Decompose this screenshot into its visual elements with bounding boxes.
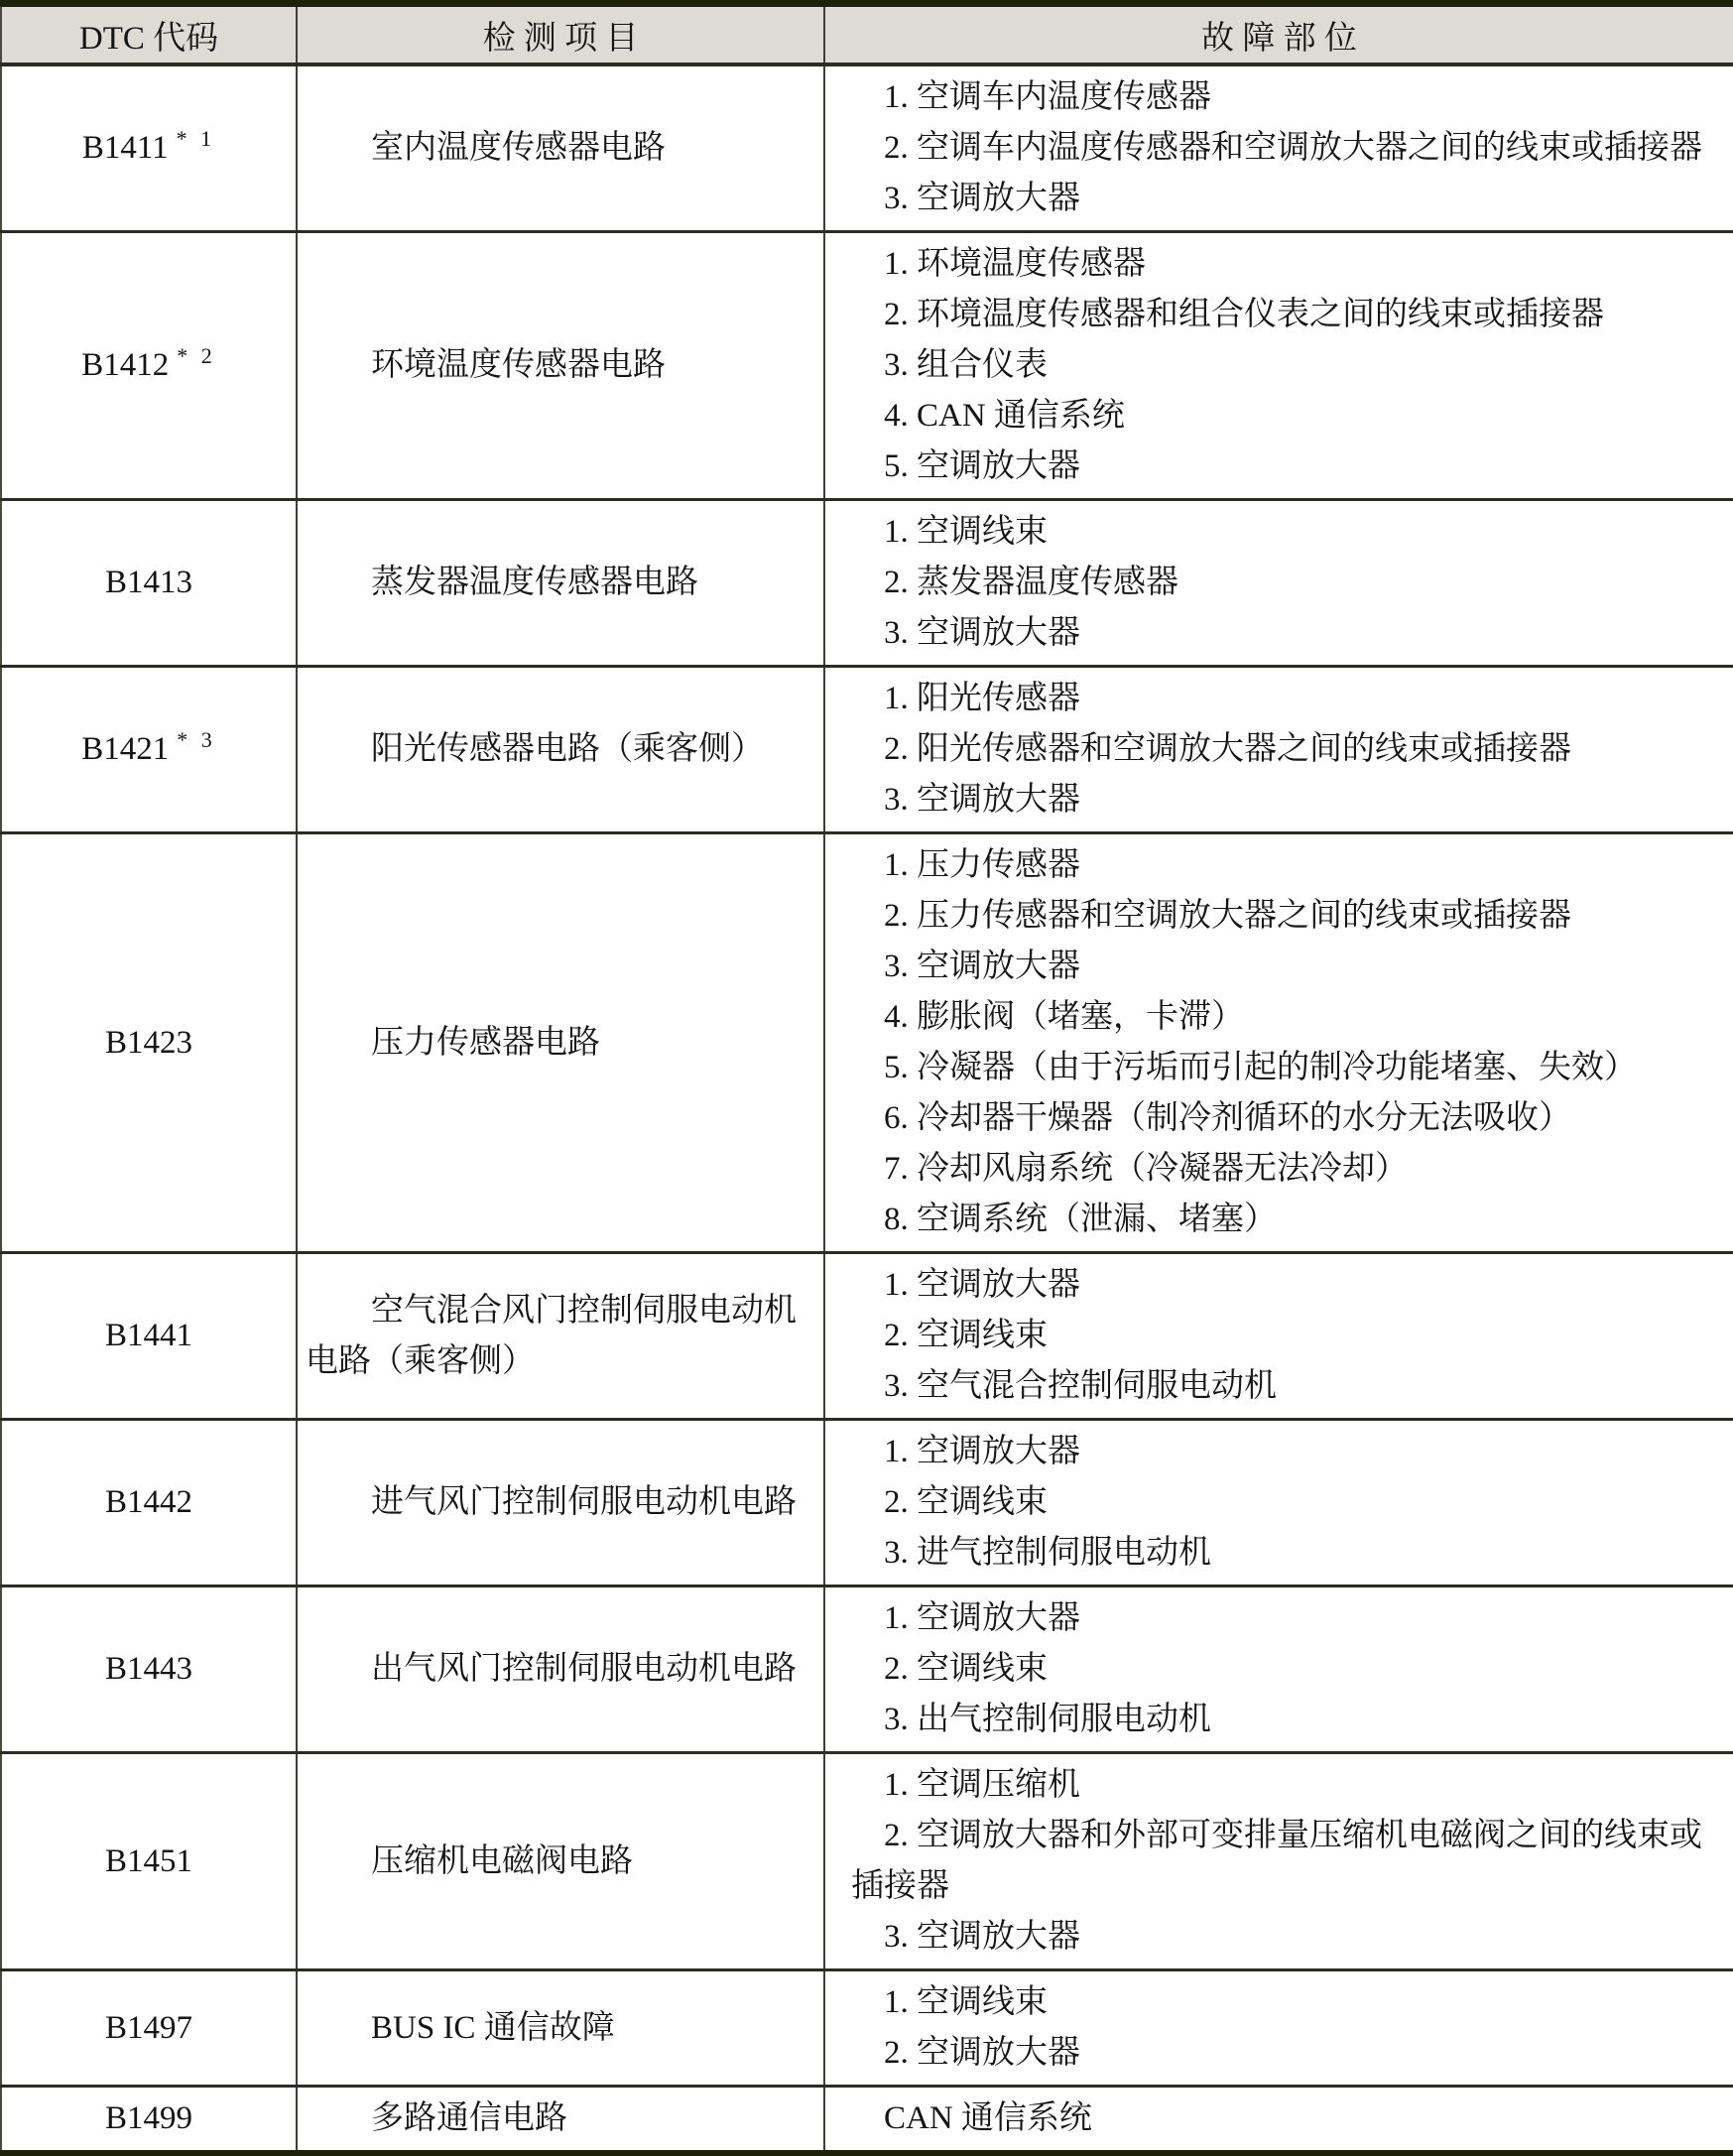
fault-location-cell: 1. 空调线束2. 蒸发器温度传感器3. 空调放大器 [824, 500, 1733, 667]
fault-item: 3. 空调放大器 [851, 1912, 1721, 1963]
col-header-fault-location: 故 障 部 位 [824, 4, 1733, 65]
dtc-table-page: DTC 代码 检 测 项 目 故 障 部 位 B1411* 1室内温度传感器电路… [0, 0, 1733, 2156]
dtc-code-cell: B1421* 3 [1, 667, 297, 833]
dtc-code-cell: B1499 [1, 2087, 297, 2154]
table-row: B1421* 3阳光传感器电路（乘客侧）1. 阳光传感器2. 阳光传感器和空调放… [1, 667, 1733, 833]
detection-item-text: 多路通信电路 [306, 2093, 815, 2144]
table-row: B1412* 2环境温度传感器电路1. 环境温度传感器2. 环境温度传感器和组合… [1, 232, 1733, 500]
fault-location-cell: 1. 阳光传感器2. 阳光传感器和空调放大器之间的线束或插接器3. 空调放大器 [824, 667, 1733, 833]
fault-item: CAN 通信系统 [851, 2093, 1721, 2144]
detection-item-cell: 阳光传感器电路（乘客侧） [297, 667, 824, 833]
fault-item: 3. 空调放大器 [851, 775, 1721, 825]
dtc-code: B1442 [105, 1484, 192, 1520]
col-header-detection-item: 检 测 项 目 [297, 4, 824, 65]
fault-item: 5. 冷凝器（由于污垢而引起的制冷功能堵塞、失效） [851, 1043, 1721, 1093]
fault-item: 3. 空气混合控制伺服电动机 [851, 1361, 1721, 1412]
dtc-code: B1499 [105, 2100, 192, 2136]
detection-item-cell: BUS IC 通信故障 [297, 1970, 824, 2087]
fault-item: 2. 空调车内温度传感器和空调放大器之间的线束或插接器 [851, 123, 1721, 174]
detection-item-cell: 出气风门控制伺服电动机电路 [297, 1586, 824, 1753]
fault-item: 2. 阳光传感器和空调放大器之间的线束或插接器 [851, 724, 1721, 775]
dtc-code-footnote: * 1 [177, 126, 216, 151]
dtc-code: B1412 [81, 347, 169, 383]
dtc-code: B1443 [105, 1651, 192, 1687]
table-row: B1497BUS IC 通信故障1. 空调线束2. 空调放大器 [1, 1970, 1733, 2087]
detection-item-text: 进气风门控制伺服电动机电路 [306, 1477, 815, 1528]
fault-item: 1. 阳光传感器 [851, 674, 1721, 724]
dtc-code: B1441 [105, 1318, 192, 1353]
fault-item: 2. 压力传感器和空调放大器之间的线束或插接器 [851, 891, 1721, 942]
fault-item: 2. 空调线束 [851, 1477, 1721, 1528]
fault-item: 2. 蒸发器温度传感器 [851, 558, 1721, 608]
table-row: B1499多路通信电路CAN 通信系统 [1, 2087, 1733, 2154]
fault-location-cell: 1. 环境温度传感器2. 环境温度传感器和组合仪表之间的线束或插接器3. 组合仪… [824, 232, 1733, 500]
dtc-code-cell: B1412* 2 [1, 232, 297, 500]
dtc-code-cell: B1411* 1 [1, 64, 297, 232]
detection-item-cell: 压力传感器电路 [297, 833, 824, 1253]
fault-item: 3. 进气控制伺服电动机 [851, 1528, 1721, 1579]
detection-item-cell: 蒸发器温度传感器电路 [297, 500, 824, 667]
fault-item: 1. 压力传感器 [851, 840, 1721, 891]
fault-item: 4. 膨胀阀（堵塞，卡滞） [851, 992, 1721, 1043]
fault-item: 2. 空调放大器和外部可变排量压缩机电磁阀之间的线束或插接器 [851, 1811, 1721, 1912]
fault-item: 1. 空调线束 [851, 507, 1721, 558]
detection-item-text: 环境温度传感器电路 [306, 340, 815, 391]
fault-location-cell: 1. 空调放大器2. 空调线束3. 空气混合控制伺服电动机 [824, 1253, 1733, 1420]
dtc-code-footnote: * 3 [177, 727, 216, 752]
dtc-code: B1413 [105, 565, 192, 600]
dtc-code: B1497 [105, 2010, 192, 2046]
fault-location-cell: CAN 通信系统 [824, 2087, 1733, 2154]
detection-item-text: 室内温度传感器电路 [306, 123, 815, 174]
dtc-code: B1421 [81, 731, 169, 767]
fault-item: 2. 空调放大器 [851, 2028, 1721, 2079]
dtc-code-cell: B1497 [1, 1970, 297, 2087]
fault-item: 2. 环境温度传感器和组合仪表之间的线束或插接器 [851, 290, 1721, 340]
detection-item-text: BUS IC 通信故障 [306, 2003, 815, 2054]
dtc-code-cell: B1423 [1, 833, 297, 1253]
detection-item-cell: 室内温度传感器电路 [297, 64, 824, 232]
fault-item: 2. 空调线束 [851, 1311, 1721, 1361]
fault-location-cell: 1. 压力传感器2. 压力传感器和空调放大器之间的线束或插接器3. 空调放大器4… [824, 833, 1733, 1253]
dtc-code-cell: B1413 [1, 500, 297, 667]
detection-item-cell: 进气风门控制伺服电动机电路 [297, 1420, 824, 1586]
fault-item: 3. 出气控制伺服电动机 [851, 1695, 1721, 1745]
table-row: B1451压缩机电磁阀电路1. 空调压缩机2. 空调放大器和外部可变排量压缩机电… [1, 1753, 1733, 1970]
fault-item: 6. 冷却器干燥器（制冷剂循环的水分无法吸收） [851, 1093, 1721, 1144]
fault-item: 1. 空调放大器 [851, 1427, 1721, 1477]
fault-item: 2. 空调线束 [851, 1644, 1721, 1695]
detection-item-text: 出气风门控制伺服电动机电路 [306, 1644, 815, 1695]
dtc-code-cell: B1441 [1, 1253, 297, 1420]
fault-item: 1. 环境温度传感器 [851, 239, 1721, 290]
detection-item-text: 阳光传感器电路（乘客侧） [306, 724, 815, 775]
fault-item: 1. 空调压缩机 [851, 1760, 1721, 1811]
table-row: B1441空气混合风门控制伺服电动机电路（乘客侧）1. 空调放大器2. 空调线束… [1, 1253, 1733, 1420]
detection-item-cell: 环境温度传感器电路 [297, 232, 824, 500]
fault-item: 1. 空调车内温度传感器 [851, 72, 1721, 123]
dtc-code: B1411 [82, 130, 169, 166]
fault-item: 3. 空调放大器 [851, 608, 1721, 659]
table-row: B1413蒸发器温度传感器电路1. 空调线束2. 蒸发器温度传感器3. 空调放大… [1, 500, 1733, 667]
table-body: B1411* 1室内温度传感器电路1. 空调车内温度传感器2. 空调车内温度传感… [1, 64, 1733, 2153]
table-row: B1443出气风门控制伺服电动机电路1. 空调放大器2. 空调线束3. 出气控制… [1, 1586, 1733, 1753]
detection-item-text: 空气混合风门控制伺服电动机电路（乘客侧） [306, 1286, 815, 1387]
fault-item: 1. 空调放大器 [851, 1593, 1721, 1644]
dtc-code: B1451 [105, 1843, 192, 1879]
fault-location-cell: 1. 空调线束2. 空调放大器 [824, 1970, 1733, 2087]
fault-item: 3. 空调放大器 [851, 174, 1721, 224]
fault-location-cell: 1. 空调放大器2. 空调线束3. 出气控制伺服电动机 [824, 1586, 1733, 1753]
detection-item-cell: 多路通信电路 [297, 2087, 824, 2154]
fault-location-cell: 1. 空调车内温度传感器2. 空调车内温度传感器和空调放大器之间的线束或插接器3… [824, 64, 1733, 232]
fault-item: 1. 空调线束 [851, 1977, 1721, 2028]
fault-item: 5. 空调放大器 [851, 442, 1721, 492]
dtc-code-cell: B1442 [1, 1420, 297, 1586]
dtc-code-cell: B1451 [1, 1753, 297, 1970]
fault-location-cell: 1. 空调放大器2. 空调线束3. 进气控制伺服电动机 [824, 1420, 1733, 1586]
detection-item-text: 蒸发器温度传感器电路 [306, 558, 815, 608]
detection-item-cell: 压缩机电磁阀电路 [297, 1753, 824, 1970]
dtc-code: B1423 [105, 1025, 192, 1061]
fault-item: 8. 空调系统（泄漏、堵塞） [851, 1195, 1721, 1245]
dtc-code-footnote: * 2 [177, 343, 216, 368]
fault-item: 7. 冷却风扇系统（冷凝器无法冷却） [851, 1144, 1721, 1195]
table-row: B1423压力传感器电路1. 压力传感器2. 压力传感器和空调放大器之间的线束或… [1, 833, 1733, 1253]
fault-item: 3. 空调放大器 [851, 942, 1721, 992]
fault-item: 1. 空调放大器 [851, 1260, 1721, 1311]
fault-location-cell: 1. 空调压缩机2. 空调放大器和外部可变排量压缩机电磁阀之间的线束或插接器3.… [824, 1753, 1733, 1970]
col-header-dtc-code: DTC 代码 [1, 4, 297, 65]
detection-item-text: 压缩机电磁阀电路 [306, 1837, 815, 1887]
fault-item: 4. CAN 通信系统 [851, 391, 1721, 442]
header-row: DTC 代码 检 测 项 目 故 障 部 位 [1, 4, 1733, 65]
dtc-code-cell: B1443 [1, 1586, 297, 1753]
detection-item-text: 压力传感器电路 [306, 1018, 815, 1069]
table-row: B1442进气风门控制伺服电动机电路1. 空调放大器2. 空调线束3. 进气控制… [1, 1420, 1733, 1586]
fault-item: 3. 组合仪表 [851, 340, 1721, 391]
table-row: B1411* 1室内温度传感器电路1. 空调车内温度传感器2. 空调车内温度传感… [1, 64, 1733, 232]
dtc-table: DTC 代码 检 测 项 目 故 障 部 位 B1411* 1室内温度传感器电路… [0, 0, 1733, 2156]
detection-item-cell: 空气混合风门控制伺服电动机电路（乘客侧） [297, 1253, 824, 1420]
